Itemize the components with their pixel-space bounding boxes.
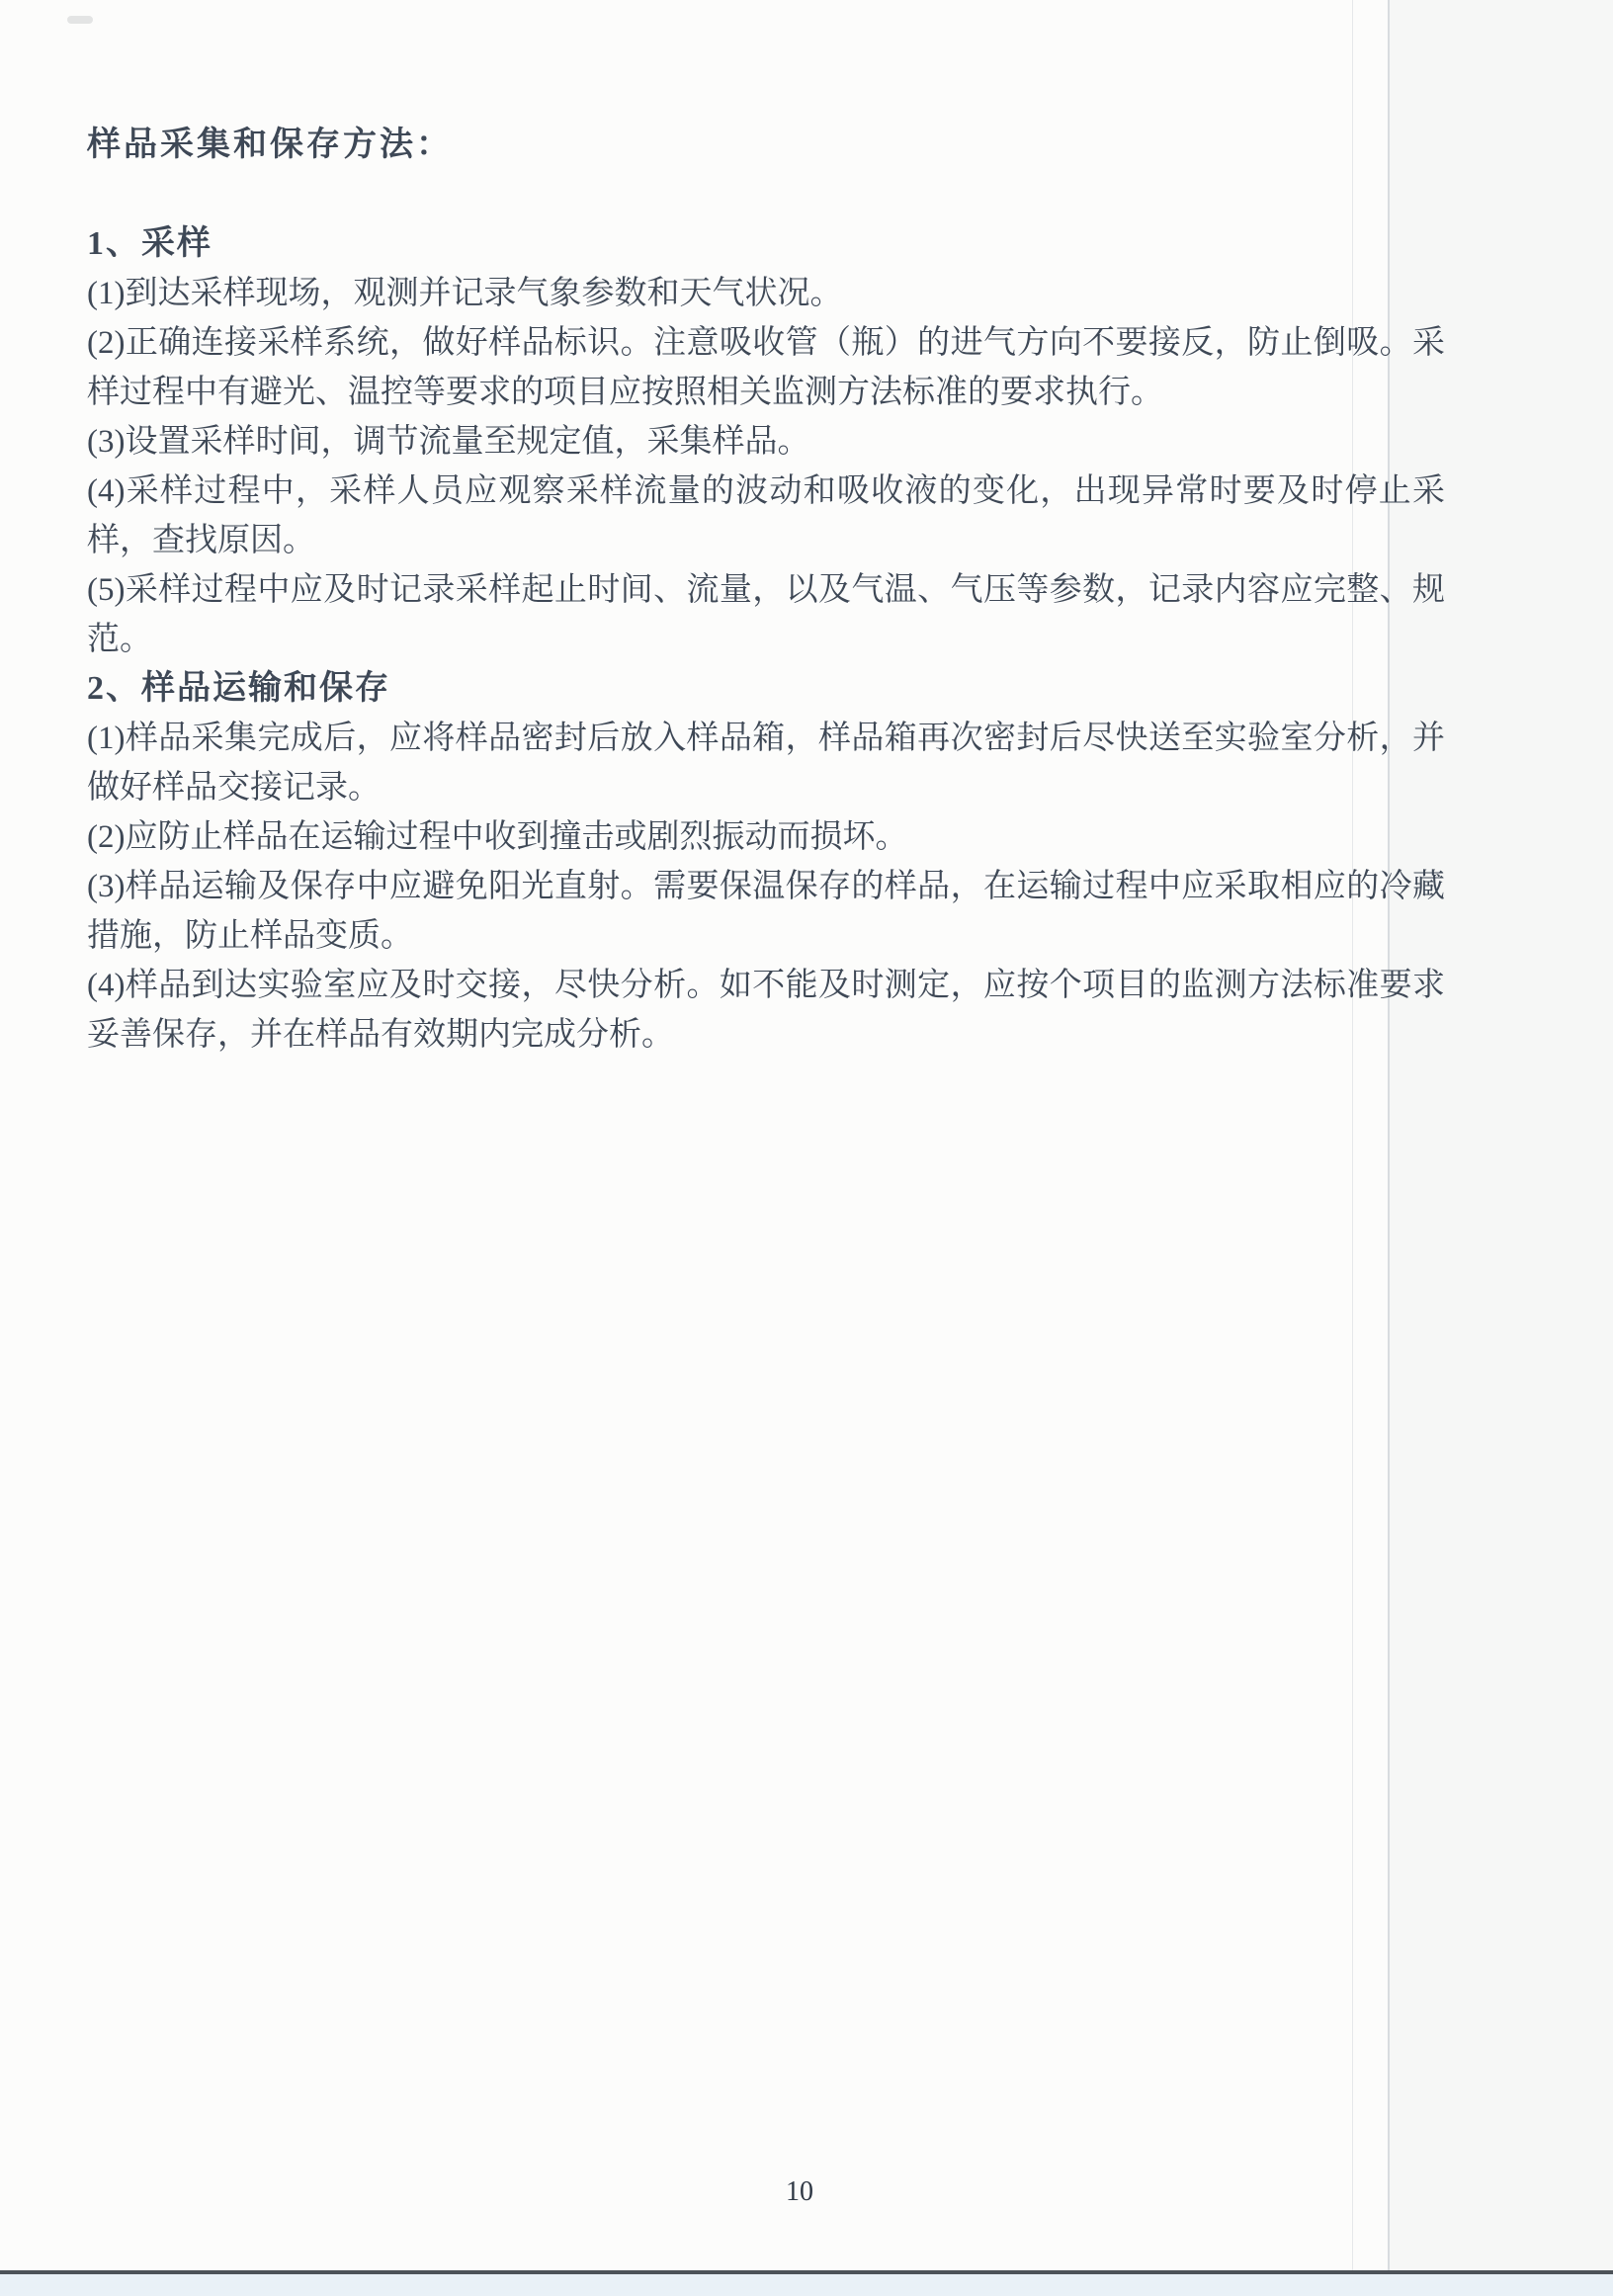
section-1-item-1: (1)到达采样现场，观测并记录气象参数和天气状况。 bbox=[87, 269, 1445, 318]
section-1-heading: 1、采样 bbox=[87, 219, 1445, 269]
section-2-item-2: (2)应防止样品在运输过程中收到撞击或剧烈振动而损坏。 bbox=[87, 812, 1445, 862]
scan-bottom-strip bbox=[0, 2274, 1613, 2296]
section-1-item-4: (4)采样过程中，采样人员应观察采样流量的波动和吸收液的变化，出现异常时要及时停… bbox=[87, 467, 1445, 565]
section-2-item-3: (3)样品运输及保存中应避免阳光直射。需要保温保存的样品，在运输过程中应采取相应… bbox=[87, 862, 1445, 961]
section-1-item-3: (3)设置采样时间，调节流量至规定值，采集样品。 bbox=[87, 417, 1445, 467]
page-number: 10 bbox=[786, 2176, 813, 2208]
section-2-item-1: (1)样品采集完成后，应将样品密封后放入样品箱，样品箱再次密封后尽快送至实验室分… bbox=[87, 714, 1445, 812]
section-transport-storage: 2、样品运输和保存 (1)样品采集完成后，应将样品密封后放入样品箱，样品箱再次密… bbox=[87, 664, 1445, 1060]
section-1-item-2: (2)正确连接采样系统，做好样品标识。注意吸收管（瓶）的进气方向不要接反，防止倒… bbox=[87, 318, 1445, 417]
section-2-heading: 2、样品运输和保存 bbox=[87, 664, 1445, 714]
section-1-item-5: (5)采样过程中应及时记录采样起止时间、流量，以及气温、气压等参数，记录内容应完… bbox=[87, 565, 1445, 664]
section-sampling: 1、采样 (1)到达采样现场，观测并记录气象参数和天气状况。 (2)正确连接采样… bbox=[87, 219, 1445, 664]
scan-smudge-artifact bbox=[67, 16, 93, 24]
section-2-item-4: (4)样品到达实验室应及时交接，尽快分析。如不能及时测定，应按个项目的监测方法标… bbox=[87, 961, 1445, 1060]
scanned-document-page: 样品采集和保存方法： 1、采样 (1)到达采样现场，观测并记录气象参数和天气状况… bbox=[87, 121, 1445, 1060]
document-title: 样品采集和保存方法： bbox=[87, 121, 1445, 170]
